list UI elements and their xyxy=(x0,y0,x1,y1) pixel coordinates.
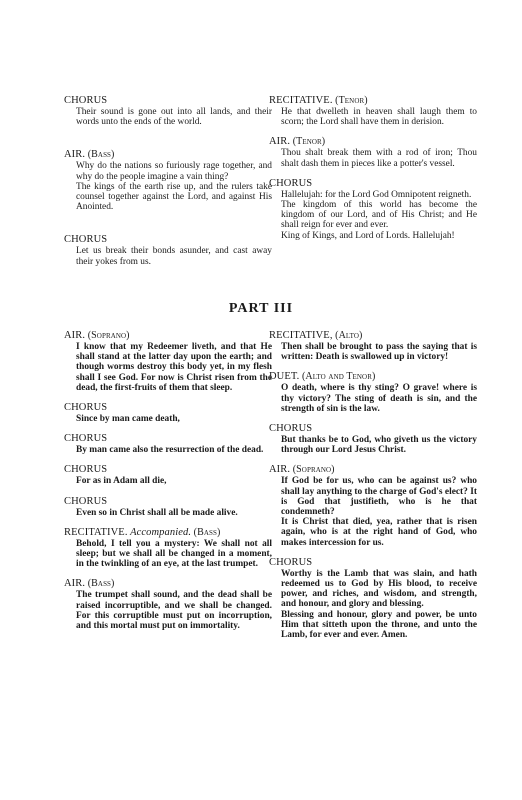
movement-section: AIR. (Bass)The trumpet shall sound, and … xyxy=(64,578,272,631)
movement-type: RECITATIVE. xyxy=(269,95,333,106)
movement-section: CHORUSFor as in Adam all die, xyxy=(64,464,272,486)
lyric-line: The kings of the earth rise up, and the … xyxy=(76,182,272,213)
movement-type: AIR. xyxy=(64,578,85,589)
movement-section: RECITATIVE. Accompanied. (Bass)Behold, I… xyxy=(64,527,272,570)
lyric-text: Behold, I tell you a mystery: We shall n… xyxy=(64,539,272,570)
lyric-text: Thou shalt break them with a rod of iron… xyxy=(269,148,477,168)
column-right-top: RECITATIVE. (Tenor)He that dwelleth in h… xyxy=(269,95,477,250)
movement-type: RECITATIVE, xyxy=(269,330,333,341)
voice-part: (Alto) xyxy=(333,330,363,341)
lyric-line: Worthy is the Lamb that was slain, and h… xyxy=(281,569,477,610)
lyric-line: I know that my Redeemer liveth, and that… xyxy=(76,342,272,393)
movement-type: CHORUS xyxy=(269,557,312,568)
movement-section: CHORUSBut thanks be to God, who giveth u… xyxy=(269,423,477,455)
lyric-line: But thanks be to God, who giveth us the … xyxy=(281,435,477,455)
movement-section: CHORUSSince by man came death, xyxy=(64,402,272,424)
movement-heading: AIR. (Bass) xyxy=(64,578,272,590)
movement-section: AIR. (Soprano)If God be for us, who can … xyxy=(269,464,477,547)
movement-type: CHORUS xyxy=(269,423,312,434)
movement-section: DUET. (Alto and Tenor)O death, where is … xyxy=(269,371,477,414)
lyric-text: But thanks be to God, who giveth us the … xyxy=(269,435,477,455)
column-right-bottom: RECITATIVE, (Alto)Then shall be brought … xyxy=(269,330,477,649)
lyric-text: The trumpet shall sound, and the dead sh… xyxy=(64,590,272,631)
lyric-text: Why do the nations so furiously rage tog… xyxy=(64,161,272,212)
movement-heading: RECITATIVE, (Alto) xyxy=(269,330,477,342)
column-left-top: CHORUSTheir sound is gone out into all l… xyxy=(64,95,272,276)
lyric-line: King of Kings, and Lord of Lords. Hallel… xyxy=(281,231,477,241)
movement-heading: CHORUS xyxy=(64,402,272,414)
movement-section: RECITATIVE, (Alto)Then shall be brought … xyxy=(269,330,477,362)
lyric-line: Blessing and honour, glory and power, be… xyxy=(281,610,477,641)
lyric-line: Hallelujah: for the Lord God Omnipotent … xyxy=(281,190,477,200)
movement-heading: CHORUS xyxy=(64,464,272,476)
movement-type: CHORUS xyxy=(64,402,107,413)
movement-type: CHORUS xyxy=(64,464,107,475)
voice-part: (Soprano) xyxy=(85,330,130,341)
lyric-text: Even so in Christ shall all be made aliv… xyxy=(64,508,272,518)
lyric-line: O death, where is thy sting? O grave! wh… xyxy=(281,383,477,414)
voice-part: (Tenor) xyxy=(290,136,325,147)
movement-type: CHORUS xyxy=(64,433,107,444)
lyric-line: Then shall be brought to pass the saying… xyxy=(281,342,477,362)
movement-section: CHORUSBy man came also the resurrection … xyxy=(64,433,272,455)
lyric-text: Hallelujah: for the Lord God Omnipotent … xyxy=(269,190,477,241)
lyric-text: By man came also the resurrection of the… xyxy=(64,445,272,455)
movement-type: AIR. xyxy=(64,149,85,160)
movement-type: AIR. xyxy=(64,330,85,341)
lyric-line: For as in Adam all die, xyxy=(76,476,272,486)
lyric-line: The trumpet shall sound, and the dead sh… xyxy=(76,590,272,631)
voice-part: (Soprano) xyxy=(290,464,335,475)
movement-type: CHORUS xyxy=(64,234,107,245)
movement-type: AIR. xyxy=(269,136,290,147)
lyric-text: Then shall be brought to pass the saying… xyxy=(269,342,477,362)
lyric-line: By man came also the resurrection of the… xyxy=(76,445,272,455)
movement-heading: CHORUS xyxy=(269,178,477,190)
lyric-text: Worthy is the Lamb that was slain, and h… xyxy=(269,569,477,640)
lyric-text: Their sound is gone out into all lands, … xyxy=(64,107,272,127)
movement-heading: CHORUS xyxy=(64,234,272,246)
movement-section: AIR. (Tenor)Thou shalt break them with a… xyxy=(269,136,477,168)
movement-heading: AIR. (Soprano) xyxy=(269,464,477,476)
voice-part: (Bass) xyxy=(191,527,220,538)
movement-section: CHORUSTheir sound is gone out into all l… xyxy=(64,95,272,127)
movement-section: AIR. (Soprano)I know that my Redeemer li… xyxy=(64,330,272,393)
movement-section: CHORUSLet us break their bonds asunder, … xyxy=(64,234,272,266)
movement-qualifier: Accompanied. xyxy=(128,527,192,538)
lyric-line: Behold, I tell you a mystery: We shall n… xyxy=(76,539,272,570)
movement-heading: AIR. (Tenor) xyxy=(269,136,477,148)
lyric-line: Thou shalt break them with a rod of iron… xyxy=(281,148,477,168)
lyric-line: Even so in Christ shall all be made aliv… xyxy=(76,508,272,518)
movement-heading: RECITATIVE. Accompanied. (Bass) xyxy=(64,527,272,539)
voice-part: (Bass) xyxy=(85,578,114,589)
lyric-text: Since by man came death, xyxy=(64,414,272,424)
movement-heading: CHORUS xyxy=(64,95,272,107)
movement-type: AIR. xyxy=(269,464,290,475)
lyric-text: If God be for us, who can be against us?… xyxy=(269,476,477,547)
lyric-text: For as in Adam all die, xyxy=(64,476,272,486)
lyric-line: The kingdom of this world has become the… xyxy=(281,200,477,231)
movement-heading: AIR. (Soprano) xyxy=(64,330,272,342)
movement-heading: CHORUS xyxy=(269,557,477,569)
voice-part: (Bass) xyxy=(85,149,114,160)
movement-heading: CHORUS xyxy=(269,423,477,435)
movement-heading: AIR. (Bass) xyxy=(64,149,272,161)
part-title: PART III xyxy=(0,301,522,317)
movement-section: AIR. (Bass)Why do the nations so furious… xyxy=(64,149,272,212)
lyric-line: Since by man came death, xyxy=(76,414,272,424)
lyric-text: He that dwelleth in heaven shall laugh t… xyxy=(269,107,477,127)
lyric-line: Their sound is gone out into all lands, … xyxy=(76,107,272,127)
movement-type: CHORUS xyxy=(64,496,107,507)
lyric-line: It is Christ that died, yea, rather that… xyxy=(281,517,477,548)
movement-section: RECITATIVE. (Tenor)He that dwelleth in h… xyxy=(269,95,477,127)
lyric-line: He that dwelleth in heaven shall laugh t… xyxy=(281,107,477,127)
movement-type: DUET. xyxy=(269,371,299,382)
lyric-text: I know that my Redeemer liveth, and that… xyxy=(64,342,272,393)
movement-section: CHORUSHallelujah: for the Lord God Omnip… xyxy=(269,178,477,241)
movement-heading: CHORUS xyxy=(64,433,272,445)
movement-type: CHORUS xyxy=(269,178,312,189)
column-left-bottom: AIR. (Soprano)I know that my Redeemer li… xyxy=(64,330,272,640)
movement-heading: DUET. (Alto and Tenor) xyxy=(269,371,477,383)
voice-part: (Tenor) xyxy=(333,95,368,106)
movement-section: CHORUSEven so in Christ shall all be mad… xyxy=(64,496,272,518)
lyric-line: Let us break their bonds asunder, and ca… xyxy=(76,246,272,266)
movement-heading: CHORUS xyxy=(64,496,272,508)
lyric-line: Why do the nations so furiously rage tog… xyxy=(76,161,272,181)
voice-part: (Alto and Tenor) xyxy=(299,371,375,382)
movement-heading: RECITATIVE. (Tenor) xyxy=(269,95,477,107)
lyric-text: Let us break their bonds asunder, and ca… xyxy=(64,246,272,266)
lyric-line: If God be for us, who can be against us?… xyxy=(281,476,477,517)
lyric-text: O death, where is thy sting? O grave! wh… xyxy=(269,383,477,414)
movement-section: CHORUSWorthy is the Lamb that was slain,… xyxy=(269,557,477,640)
movement-type: CHORUS xyxy=(64,95,107,106)
movement-type: RECITATIVE. xyxy=(64,527,128,538)
